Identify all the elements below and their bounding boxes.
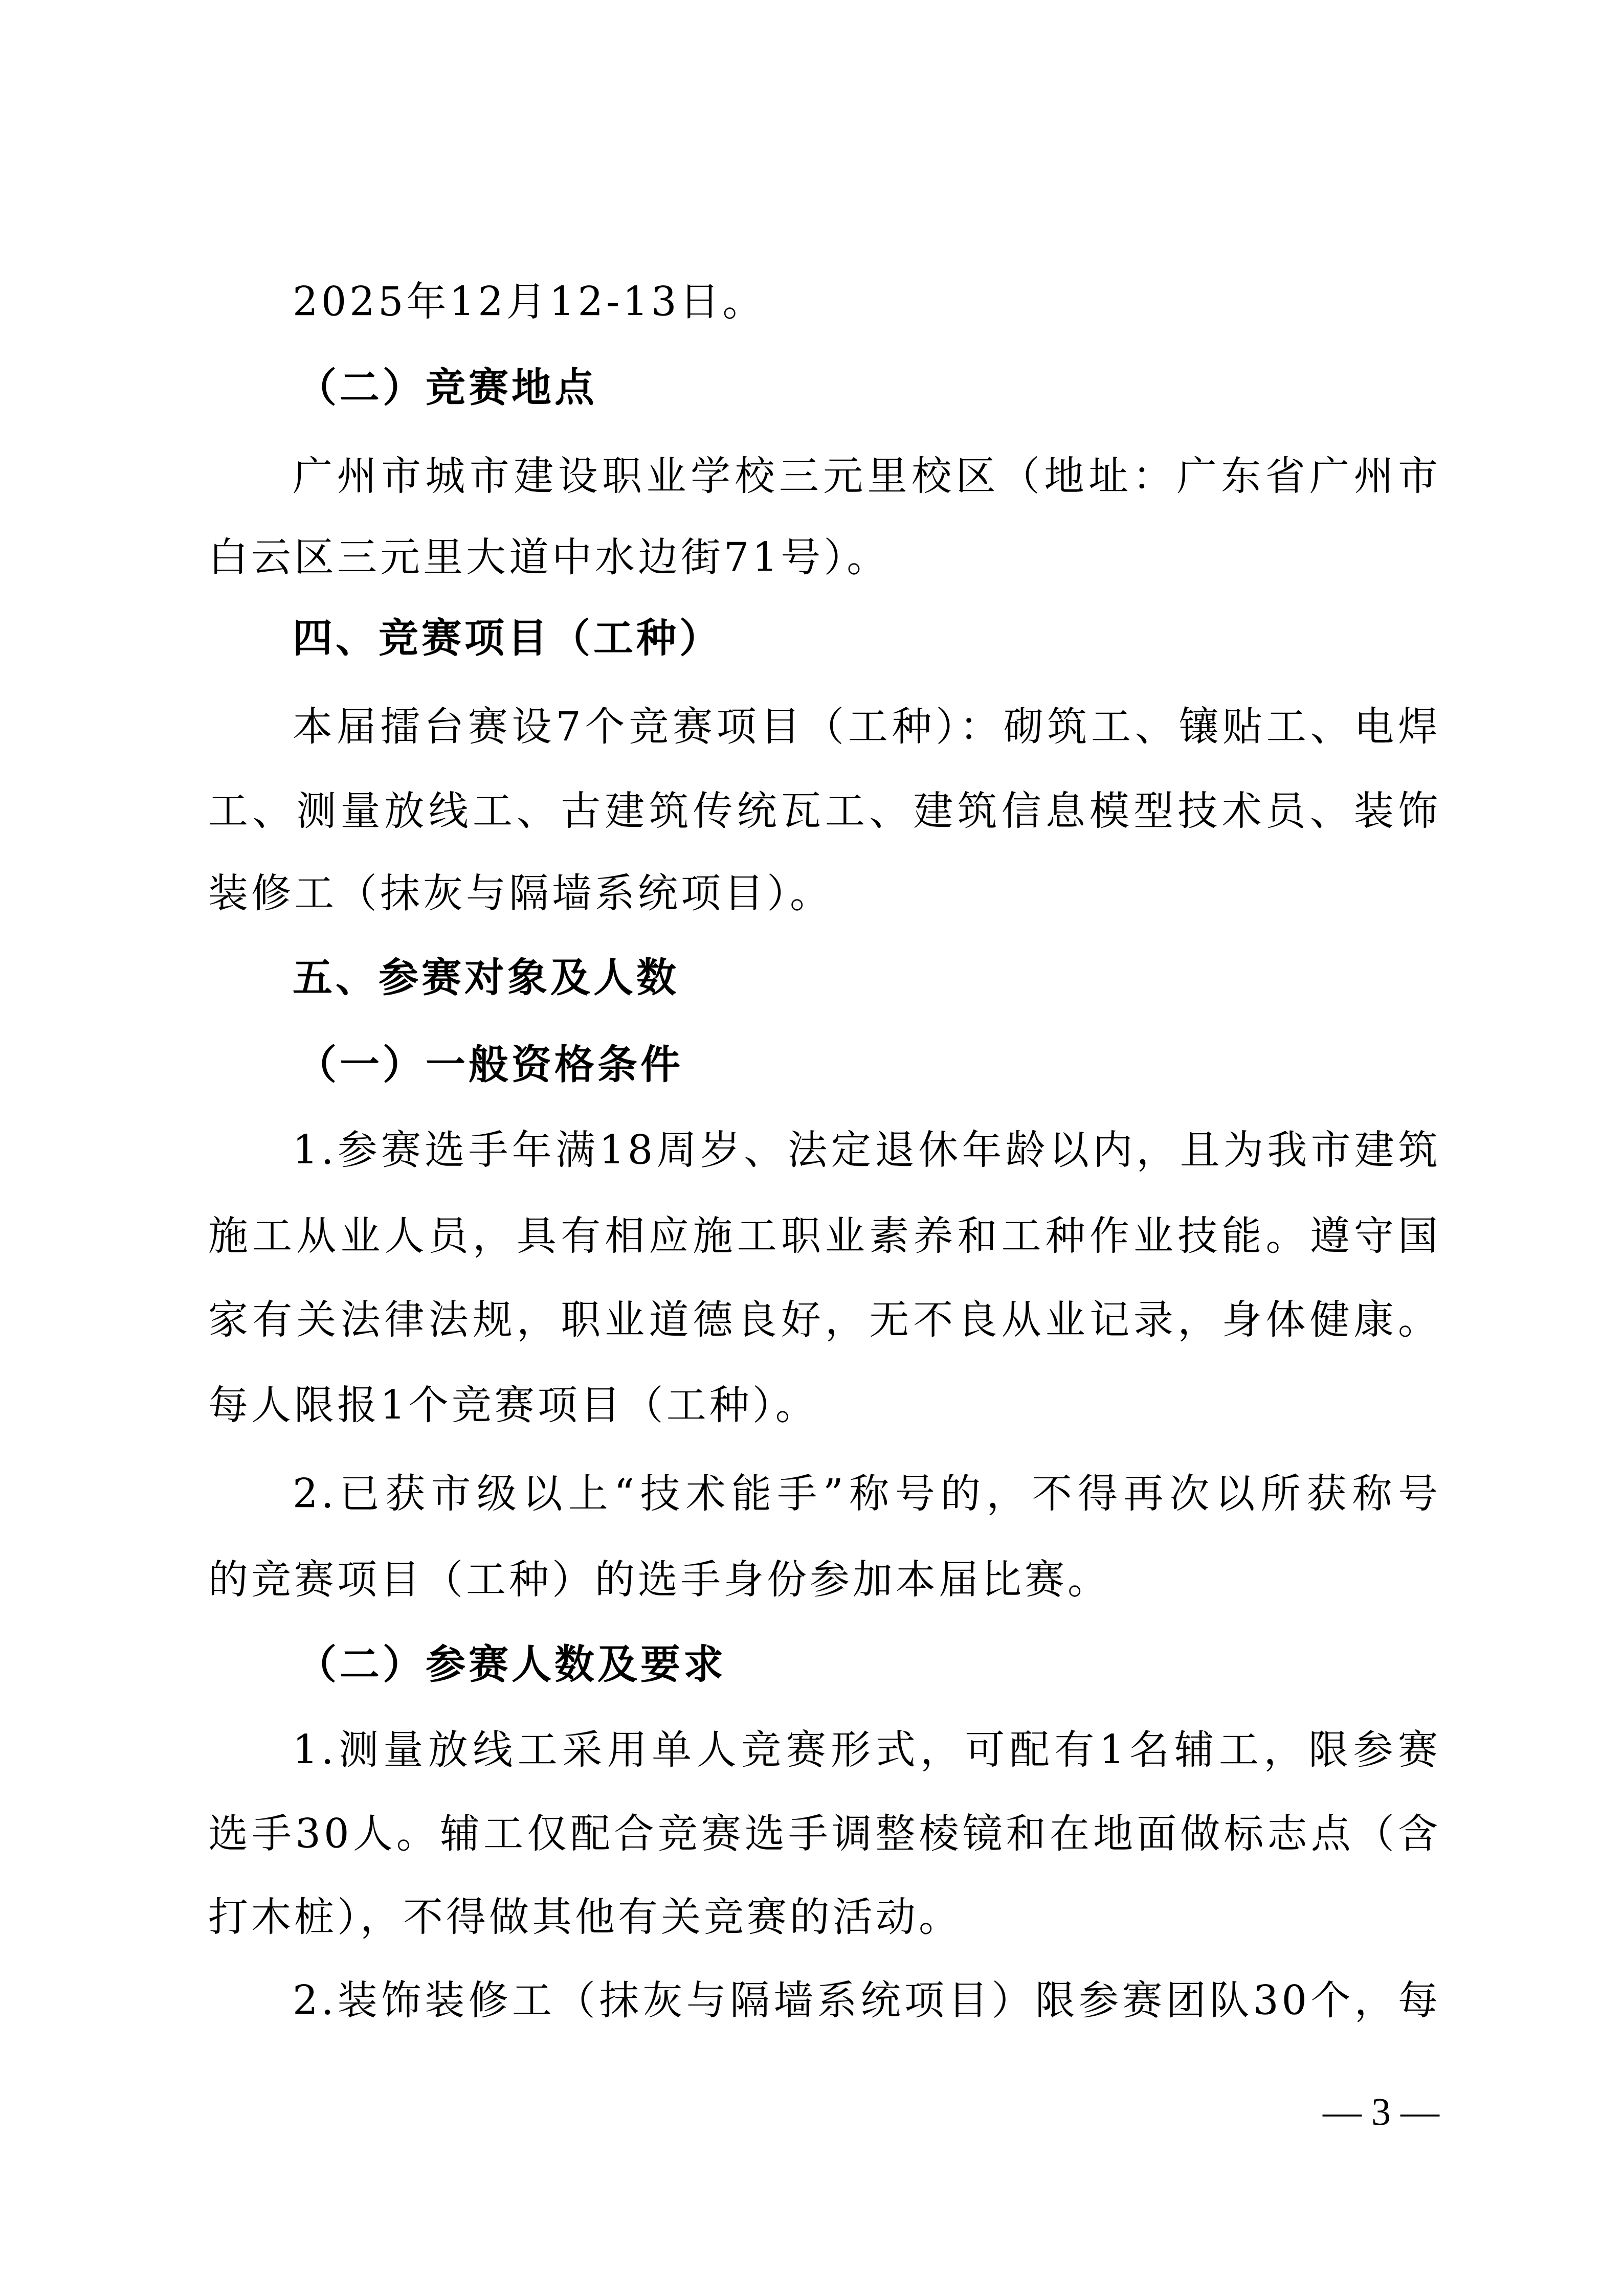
projects-paragraph-line-1: 本届擂台赛设7个竞赛项目（工种）：砌筑工、镶贴工、电焊	[293, 696, 1441, 758]
venue-paragraph-line-1: 广州市城市建设职业学校三元里校区（地址：广东省广州市	[293, 446, 1441, 507]
projects-paragraph-line-2: 工、测量放线工、古建筑传统瓦工、建筑信息模型技术员、装饰	[208, 781, 1441, 842]
section-heading-venue: （二）竞赛地点	[297, 357, 1529, 419]
projects-paragraph-line-3: 装修工（抹灰与隔墙系统项目）。	[208, 863, 1441, 925]
quota-item-2-line-1: 2.装饰装修工（抹灰与隔墙系统项目）限参赛团队30个，每	[293, 1970, 1441, 2032]
document-page: 2025年12月12-13日。 （二）竞赛地点 广州市城市建设职业学校三元里校区…	[0, 0, 1623, 2296]
section-heading-projects: 四、竞赛项目（工种）	[293, 608, 1441, 669]
page-number: — 3 —	[1309, 2086, 1453, 2137]
subsection-heading-quota: （二）参赛人数及要求	[297, 1634, 1529, 1696]
eligibility-item-2-line-2: 的竞赛项目（工种）的选手身份参加本届比赛。	[208, 1549, 1441, 1611]
quota-item-1-line-2: 选手30人。辅工仅配合竞赛选手调整棱镜和在地面做标志点（含	[208, 1804, 1441, 1865]
eligibility-item-1-line-1: 1.参赛选手年满18周岁、法定退休年龄以内，且为我市建筑	[293, 1120, 1441, 1181]
date-line: 2025年12月12-13日。	[293, 272, 1441, 333]
eligibility-item-1-line-3: 家有关法律法规，职业道德良好，无不良从业记录，身体健康。	[208, 1290, 1441, 1351]
quota-item-1-line-1: 1.测量放线工采用单人竞赛形式，可配有1名辅工，限参赛	[293, 1720, 1441, 1781]
eligibility-item-1-line-2: 施工从业人员，具有相应施工职业素养和工种作业技能。遵守国	[208, 1206, 1441, 1267]
eligibility-item-2-line-1: 2.已获市级以上“技术能手”称号的，不得再次以所获称号	[293, 1464, 1441, 1525]
eligibility-item-1-line-4: 每人限报1个竞赛项目（工种）。	[208, 1375, 1441, 1436]
section-heading-participants: 五、参赛对象及人数	[293, 948, 1441, 1009]
venue-paragraph-line-2: 白云区三元里大道中水边街71号）。	[208, 527, 1441, 589]
quota-item-1-line-3: 打木桩），不得做其他有关竞赛的活动。	[208, 1887, 1441, 1948]
subsection-heading-eligibility: （一）一般资格条件	[297, 1034, 1529, 1096]
